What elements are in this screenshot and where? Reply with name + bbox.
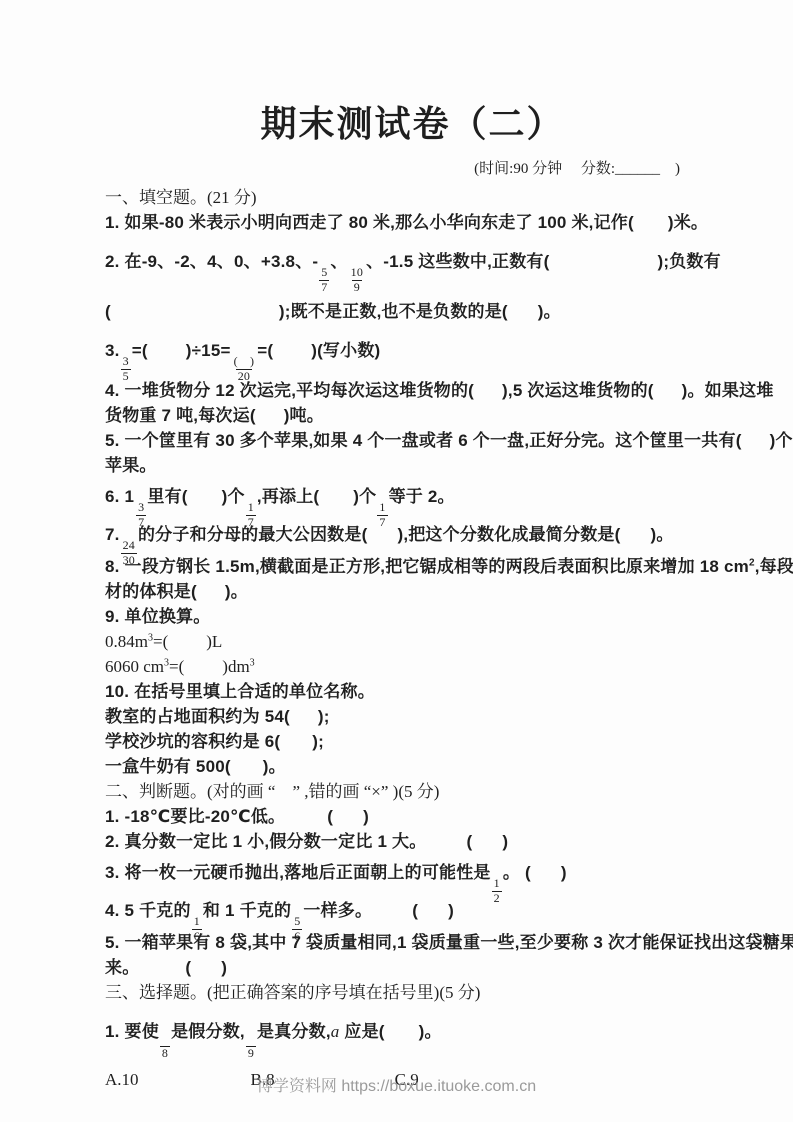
answer-blank — [549, 266, 657, 267]
answer-blank — [184, 671, 222, 672]
fill-q3: 3.35=()÷15=( )20=()(写小数) — [105, 332, 720, 370]
fraction: 57 — [319, 266, 329, 295]
answer-blank — [231, 771, 263, 772]
superscript: 2 — [749, 557, 755, 568]
fill-q4-line1: 4. 一堆货物分 12 次运完,平均每次运这堆货物的(),5 次运这堆货物的()… — [105, 378, 720, 403]
answer-blank — [256, 420, 284, 421]
answer-blank — [285, 821, 327, 822]
fill-q5-line1: 5. 一个筐里有 30 多个苹果,如果 4 个一盘或者 6 个一盘,正好分完。这… — [105, 428, 720, 453]
fill-q8-line2: 材的体积是()。 — [105, 579, 720, 604]
answer-blank — [188, 501, 222, 502]
answer-blank — [139, 972, 185, 973]
fill-q2-line1: 2. 在-9、-2、4、0、+3.8、-57、109、-1.5 这些数中,正数有… — [105, 243, 720, 281]
answer-blank — [319, 501, 353, 502]
answer-blank — [634, 227, 668, 228]
variable-letter: a — [331, 1022, 340, 1041]
answer-blank — [197, 596, 225, 597]
fill-q10-item3: 一盒牛奶有 500()。 — [105, 754, 720, 779]
answer-blank — [273, 355, 311, 356]
section1-header: 一、填空题。(21 分) — [105, 185, 720, 210]
choice-q1: 1. 要使8是假分数,9是真分数,a 应是()。 — [105, 1013, 720, 1051]
test-paper-page: 期末测试卷（二） (时间:90 分钟 分数:______ ) 一、填空题。(21… — [0, 0, 793, 1122]
answer-blank — [621, 539, 651, 540]
time-score-line: (时间:90 分钟 分数:______ ) — [105, 157, 720, 181]
fill-q8-line1: 8. 一段方钢长 1.5m,横截面是正方形,把它锯成相等的两段后表面积比原来增加… — [105, 554, 720, 579]
fraction: 109 — [349, 266, 365, 295]
fill-q9-unit2: 6060 cm3=()dm3 — [105, 654, 720, 679]
answer-blank — [418, 915, 448, 916]
page-title: 期末测试卷（二） — [105, 96, 720, 147]
judge-q2: 2. 真分数一定比 1 小,假分数一定比 1 大。() — [105, 829, 720, 854]
answer-blank — [508, 316, 538, 317]
answer-blank — [191, 972, 221, 973]
section3-header: 三、选择题。(把正确答案的序号填在括号里)(5 分) — [105, 980, 720, 1005]
answer-blank — [290, 721, 318, 722]
judge-q4: 4. 5 千克的16和 1 千克的56一样多。() — [105, 892, 720, 930]
answer-blank — [333, 821, 363, 822]
answer-blank — [111, 316, 279, 317]
answer-blank — [148, 355, 186, 356]
answer-blank — [654, 395, 682, 396]
answer-blank — [385, 1036, 419, 1037]
answer-blank — [168, 646, 206, 647]
fill-q4-line2: 货物重 7 吨,每次运()吨。 — [105, 403, 720, 428]
fill-q10-item2: 学校沙坑的容积约是 6(); — [105, 729, 720, 754]
fill-q9: 9. 单位换算。 — [105, 604, 720, 629]
fill-q10-item1: 教室的占地面积约为 54(); — [105, 704, 720, 729]
fill-q9-unit1: 0.84m3=()L — [105, 629, 720, 654]
footer-watermark: 博学资料网 https://boxue.ituoke.com.cn — [0, 1073, 793, 1096]
fraction: 8 — [160, 1033, 170, 1061]
answer-blank — [742, 445, 770, 446]
fill-q1: 1. 如果-80 米表示小明向西走了 80 米,那么小华向东走了 100 米,记… — [105, 210, 720, 235]
superscript: 3 — [250, 657, 255, 668]
fill-q7: 7.2430的分子和分母的最大公因数是(),把这个分数化成最简分数是()。 — [105, 516, 720, 554]
superscript: 3 — [148, 632, 153, 643]
document-lines: 一、填空题。(21 分)1. 如果-80 米表示小明向西走了 80 米,那么小华… — [105, 185, 720, 1092]
answer-blank — [280, 746, 312, 747]
judge-q3: 3. 将一枚一元硬币抛出,落地后正面朝上的可能性是12。 () — [105, 854, 720, 892]
fraction: 9 — [246, 1033, 256, 1061]
mixed-number-whole: 1 — [125, 478, 135, 516]
judge-q1: 1. -18℃要比-20℃低。() — [105, 804, 720, 829]
fill-q2-line2: ();既不是正数,也不是负数的是()。 — [105, 299, 720, 324]
answer-blank — [531, 877, 561, 878]
fill-q10: 10. 在括号里填上合适的单位名称。 — [105, 679, 720, 704]
superscript: 3 — [164, 657, 169, 668]
fill-q6: 6. 137里有()个17,再添上()个17等于 2。 — [105, 478, 720, 516]
answer-blank — [367, 539, 397, 540]
judge-q5-line2: 来。() — [105, 955, 720, 980]
fill-q5-line2: 苹果。 — [105, 453, 720, 478]
answer-blank — [426, 846, 466, 847]
section2-header: 二、判断题。(对的画 “ ” ,错的画 “×” )(5 分) — [105, 779, 720, 804]
fraction: 12 — [492, 877, 502, 906]
answer-blank — [472, 846, 502, 847]
answer-blank — [372, 915, 412, 916]
answer-blank — [474, 395, 502, 396]
judge-q5-line1: 5. 一箱苹果有 8 袋,其中 7 袋质量相同,1 袋质量重一些,至少要称 3 … — [105, 930, 720, 955]
